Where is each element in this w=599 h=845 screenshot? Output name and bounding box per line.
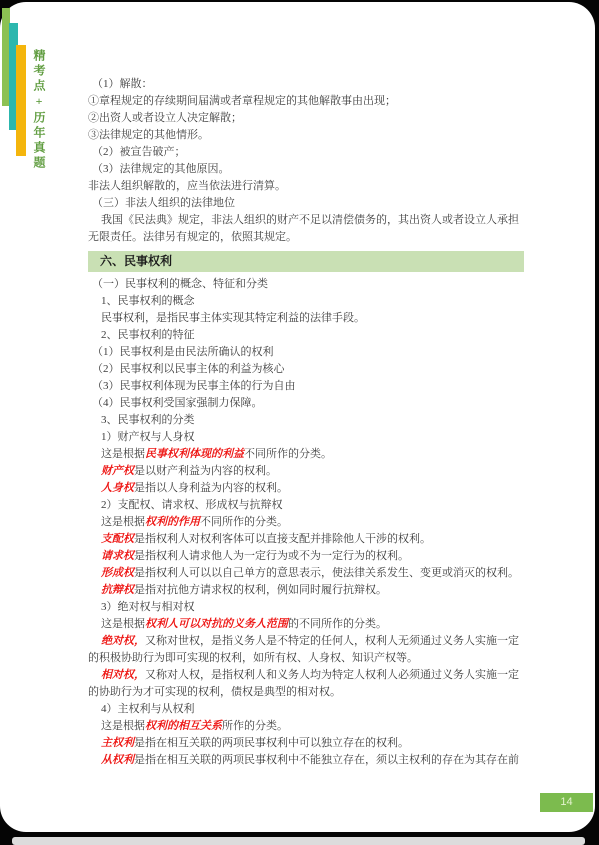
content-line: （2）民事权利以民事主体的利益为核心	[88, 361, 524, 378]
highlighted-term: 形成权	[101, 567, 134, 579]
text-segment: 是指权利人可以以自己单方的意思表示，使法律关系发生、变更或消灭的权利。	[134, 567, 519, 579]
content-line: 这是根据权利的相互关系所作的分类。	[88, 718, 524, 735]
content-line: 财产权是以财产利益为内容的权利。	[88, 463, 524, 480]
text-segment: 4）主权利与从权利	[101, 703, 195, 715]
content-line: （一）民事权利的概念、特征和分类	[88, 276, 524, 293]
text-segment: 这是根据	[101, 618, 145, 630]
content-line: 1、民事权利的概念	[88, 293, 524, 310]
highlighted-term: 民事权利体现的利益	[145, 448, 244, 460]
highlighted-term: 财产权	[101, 465, 134, 477]
text-segment: ①章程规定的存续期间届满或者章程规定的其他解散事由出现；	[88, 95, 396, 107]
text-segment: 的不同所作的分类。	[288, 618, 387, 630]
text-segment: （3）民事权利体现为民事主体的行为自由	[92, 380, 296, 392]
text-segment: 是指在相互关联的两项民事权利中不能独立存在，须以主权利的存在为其存在前	[134, 754, 519, 766]
content-line: 民事权利，是指民事主体实现其特定利益的法律手段。	[88, 310, 524, 327]
page-number: 14	[560, 796, 572, 808]
content-line: 无限责任。法律另有规定的，依照其规定。	[88, 229, 524, 246]
text-segment: 是指以人身利益为内容的权利。	[134, 482, 288, 494]
content-line: 3）绝对权与相对权	[88, 599, 524, 616]
content-line: 这是根据权利的作用不同所作的分类。	[88, 514, 524, 531]
content-line: 的协助行为才可实现的权利，债权是典型的相对权。	[88, 684, 524, 701]
content-line: （2）被宣告破产；	[88, 144, 524, 161]
highlighted-term: 请求权	[101, 550, 134, 562]
sidebar-bar-yellow	[16, 45, 26, 156]
content-line: ③法律规定的其他情形。	[88, 127, 524, 144]
text-segment: 民事权利，是指民事主体实现其特定利益的法律手段。	[101, 312, 365, 324]
highlighted-term: 抗辩权	[101, 584, 134, 596]
text-segment: 非法人组织解散的，应当依法进行清算。	[88, 180, 286, 192]
sidebar-vertical-label: 精考点+历年真题	[31, 49, 48, 171]
text-segment: 又称对人权，是指权利人和义务人均为特定人权利人必须通过义务人实施一定	[145, 669, 519, 681]
text-segment: 3）绝对权与相对权	[101, 601, 195, 613]
content-line: 主权利是指在相互关联的两项民事权利中可以独立存在的权利。	[88, 735, 524, 752]
text-segment: 是指对抗他方请求权的权利，例如同时履行抗辩权。	[134, 584, 387, 596]
next-page-edge	[12, 837, 585, 845]
text-segment: 又称对世权，是指义务人是不特定的任何人，权利人无须通过义务人实施一定	[145, 635, 519, 647]
text-segment: ③法律规定的其他情形。	[88, 129, 209, 141]
content-line: 我国《民法典》规定，非法人组织的财产不足以清偿债务的，其出资人或者设立人承担	[88, 212, 524, 229]
content-line: 的积极协助行为即可实现的权利，如所有权、人身权、知识产权等。	[88, 650, 524, 667]
section-header: 六、民事权利	[88, 251, 524, 272]
content-line: 从权利是指在相互关联的两项民事权利中不能独立存在，须以主权利的存在为其存在前	[88, 752, 524, 769]
highlighted-term: 权利人可以对抗的义务人范围	[145, 618, 288, 630]
highlighted-term: 绝对权，	[101, 635, 145, 647]
text-segment: 2）支配权、请求权、形成权与抗辩权	[101, 499, 283, 511]
text-segment: 1）财产权与人身权	[101, 431, 195, 443]
content-line: （1）解散：	[88, 76, 524, 93]
content-line: （3）民事权利体现为民事主体的行为自由	[88, 378, 524, 395]
content-line: ②出资人或者设立人决定解散；	[88, 110, 524, 127]
text-segment: 是指在相互关联的两项民事权利中可以独立存在的权利。	[134, 737, 409, 749]
content-line: 3、民事权利的分类	[88, 412, 524, 429]
highlighted-term: 权利的作用	[145, 516, 200, 528]
text-segment: 是以财产利益为内容的权利。	[134, 465, 277, 477]
content-line: 2）支配权、请求权、形成权与抗辩权	[88, 497, 524, 514]
content-line: 4）主权利与从权利	[88, 701, 524, 718]
text-segment: 不同所作的分类。	[200, 516, 288, 528]
text-segment: （1）民事权利是由民法所确认的权利	[92, 346, 274, 358]
text-segment: （2）民事权利以民事主体的利益为核心	[92, 363, 285, 375]
highlighted-term: 权利的相互关系	[145, 720, 222, 732]
text-segment: 3、民事权利的分类	[101, 414, 195, 426]
text-segment: （2）被宣告破产；	[92, 146, 186, 158]
text-segment: 的协助行为才可实现的权利，债权是典型的相对权。	[88, 686, 341, 698]
highlighted-term: 人身权	[101, 482, 134, 494]
content-line: 支配权是指权利人对权利客体可以直接支配并排除他人干涉的权利。	[88, 531, 524, 548]
content-line: 相对权，又称对人权，是指权利人和义务人均为特定人权利人必须通过义务人实施一定	[88, 667, 524, 684]
highlighted-term: 相对权，	[101, 669, 145, 681]
content-line: 非法人组织解散的，应当依法进行清算。	[88, 178, 524, 195]
content-line: 人身权是指以人身利益为内容的权利。	[88, 480, 524, 497]
document-page: 精考点+历年真题 （1）解散：①章程规定的存续期间届满或者章程规定的其他解散事由…	[0, 2, 595, 832]
text-segment: 无限责任。法律另有规定的，依照其规定。	[88, 231, 297, 243]
text-segment: （一）民事权利的概念、特征和分类	[92, 278, 268, 290]
text-segment: 是指权利人请求他人为一定行为或不为一定行为的权利。	[134, 550, 409, 562]
text-segment: （1）解散：	[92, 78, 153, 90]
content-line: 绝对权，又称对世权，是指义务人是不特定的任何人，权利人无须通过义务人实施一定	[88, 633, 524, 650]
text-segment: 这是根据	[101, 720, 145, 732]
content-line: （3）法律规定的其他原因。	[88, 161, 524, 178]
content-line: 抗辩权是指对抗他方请求权的权利，例如同时履行抗辩权。	[88, 582, 524, 599]
content-line: 形成权是指权利人可以以自己单方的意思表示，使法律关系发生、变更或消灭的权利。	[88, 565, 524, 582]
text-segment: 2、民事权利的特征	[101, 329, 195, 341]
content-line: ①章程规定的存续期间届满或者章程规定的其他解散事由出现；	[88, 93, 524, 110]
text-segment: 不同所作的分类。	[244, 448, 332, 460]
text-segment: 这是根据	[101, 448, 145, 460]
text-segment: （4）民事权利受国家强制力保障。	[92, 397, 263, 409]
highlighted-term: 主权利	[101, 737, 134, 749]
text-segment: 是指权利人对权利客体可以直接支配并排除他人干涉的权利。	[134, 533, 431, 545]
content-line: （1）民事权利是由民法所确认的权利	[88, 344, 524, 361]
text-segment: 1、民事权利的概念	[101, 295, 195, 307]
screenshot-root: 精考点+历年真题 （1）解散：①章程规定的存续期间届满或者章程规定的其他解散事由…	[0, 0, 599, 845]
text-segment: 这是根据	[101, 516, 145, 528]
content-line: （4）民事权利受国家强制力保障。	[88, 395, 524, 412]
content-line: 2、民事权利的特征	[88, 327, 524, 344]
text-segment: ②出资人或者设立人决定解散；	[88, 112, 242, 124]
highlighted-term: 从权利	[101, 754, 134, 766]
content-line: 1）财产权与人身权	[88, 429, 524, 446]
document-content: （1）解散：①章程规定的存续期间届满或者章程规定的其他解散事由出现；②出资人或者…	[88, 76, 524, 769]
content-line: 这是根据权利人可以对抗的义务人范围的不同所作的分类。	[88, 616, 524, 633]
content-line: 请求权是指权利人请求他人为一定行为或不为一定行为的权利。	[88, 548, 524, 565]
text-segment: 的积极协助行为即可实现的权利，如所有权、人身权、知识产权等。	[88, 652, 418, 664]
text-segment: （三）非法人组织的法律地位	[92, 197, 235, 209]
text-segment: 所作的分类。	[222, 720, 288, 732]
highlighted-term: 支配权	[101, 533, 134, 545]
text-segment: （3）法律规定的其他原因。	[92, 163, 230, 175]
text-segment: 我国《民法典》规定，非法人组织的财产不足以清偿债务的，其出资人或者设立人承担	[101, 214, 519, 226]
page-number-badge: 14	[540, 793, 593, 812]
content-line: （三）非法人组织的法律地位	[88, 195, 524, 212]
content-line: 这是根据民事权利体现的利益不同所作的分类。	[88, 446, 524, 463]
